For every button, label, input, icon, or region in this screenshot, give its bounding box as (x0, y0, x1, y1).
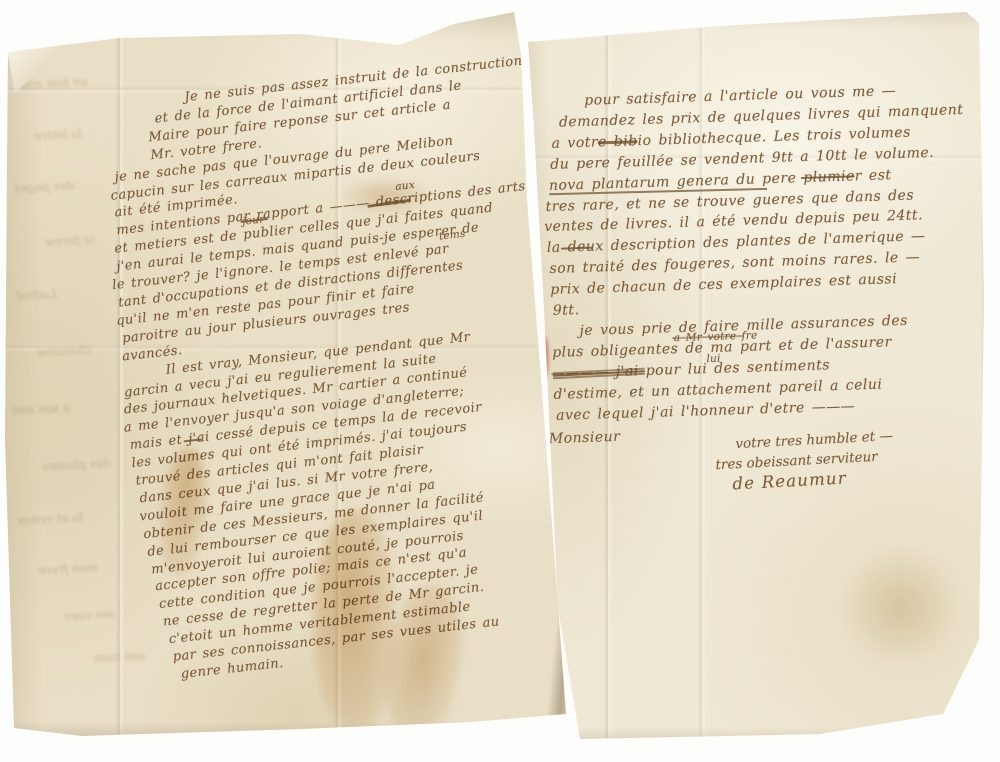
bleedthrough-text: chanoine (36, 343, 92, 360)
bleedthrough-text: son nom (94, 649, 146, 666)
red-ink-mark (540, 336, 549, 378)
interline-insertion: tems (438, 226, 466, 247)
bleedthrough-text: la forme (44, 233, 95, 250)
bleedthrough-text: des plumes (42, 456, 111, 474)
stain (842, 548, 958, 664)
letter-page-right: pour satisfaire a l'article ou vous me —… (520, 8, 992, 750)
bleedthrough-text: lu et remis (18, 510, 84, 527)
bleedthrough-text: ses vues (64, 607, 116, 624)
letter-page-left: un bon ami la lettre des pages la forme … (2, 10, 568, 742)
interline-insertion: lui (706, 349, 721, 370)
bleedthrough-text: Ladrot (16, 287, 57, 303)
bleedthrough-text: des pages (14, 178, 75, 195)
signature-block: votre tres humble et — tres obeissant se… (720, 427, 895, 494)
letter-body-right: pour satisfaire a l'article ou vous me —… (546, 78, 997, 449)
bleedthrough-text: mon frere (38, 560, 99, 577)
bleedthrough-text: la lettre (34, 127, 83, 144)
fold-crease (116, 10, 124, 742)
photo-background: { "document": { "kind_label": "Manuscrip… (0, 0, 1000, 762)
bleedthrough-text: a son ami (12, 400, 71, 417)
interline-insertion: aux (395, 177, 416, 197)
